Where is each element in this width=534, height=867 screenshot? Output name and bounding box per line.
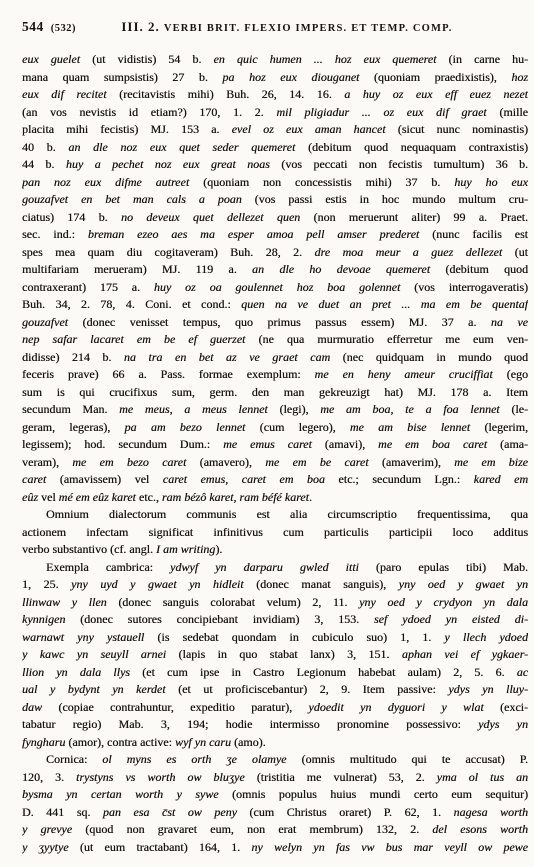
text-run: D. 441 sq. [22, 805, 103, 819]
text-run: (ut [502, 245, 528, 259]
text-line: D. 441 sq. pan esa c̄st ow peny (cum Chr… [22, 804, 528, 822]
text-run: Cornica: [46, 752, 102, 766]
text-run: (paro epulas tibi) Mab. [359, 560, 528, 574]
text-line: llion yn dala llys (et cum ipse in Castr… [22, 664, 528, 682]
text-run: (non meruerunt aliter) 99 a. Praet. [300, 210, 528, 224]
text-line: eux dif recitet (recitavistis mihi) Buh.… [22, 86, 528, 104]
citation-run: y grevye [22, 822, 72, 836]
citation-run: me em boa caret [378, 437, 487, 451]
text-run: (vos passi estis in hoc mundo multum cru… [242, 192, 528, 206]
text-line: 1, 25. yny uyd y gwaet yn hidleit (donec… [22, 576, 528, 594]
citation-run: ram bézô karet, ram béfé karet [162, 490, 309, 504]
paragraph: eux guelet (ut vidistis) 54 b. en quic h… [22, 51, 528, 506]
citation-run: eux guelet [22, 52, 80, 66]
citation-run: kynnigen [22, 612, 65, 626]
text-run: vel [38, 490, 59, 504]
text-run: . [309, 490, 312, 504]
citation-run: dre moa meur a guez dellezet [314, 245, 502, 259]
text-line: sum is qui crucifixus sum, germ. den man… [22, 384, 528, 402]
citation-run: yny uyd y gwaet yn hidleit [71, 577, 244, 591]
page-header: 544(532) III. 2.VERBI BRIT. FLEXIO IMPER… [22, 18, 528, 36]
text-line: feceris prave) 66 a. Pass. formae exempl… [22, 366, 528, 384]
citation-run: ac [517, 665, 528, 679]
text-run: ciatus) 174 b. [22, 210, 121, 224]
citation-run: huy oz oa goulennet hoz boa golennet [154, 280, 400, 294]
text-line: tabatur regio) Mab. 3, 194; hodie interm… [22, 716, 528, 734]
text-run: (ne qua murmuratio efferretur me eum ven… [245, 332, 528, 346]
text-line: y ʒyytye (ut eum tractabant) 164, 1. ny … [22, 839, 528, 857]
text-line: secundum Man. me meus, a meus lennet (le… [22, 401, 528, 419]
page-number-secondary: (532) [51, 23, 76, 34]
text-run: (donec sutores concipiebant invidiam) 3,… [65, 612, 374, 626]
text-run: (in carne hu- [436, 52, 528, 66]
text-line: veram), me em bezo caret (amavero), me e… [22, 454, 528, 472]
text-run: (omnis multitudo qui te accusat) P. [286, 752, 528, 766]
text-run: (donec sanguis colorabat velum) 2, 11. [107, 595, 359, 609]
text-line: Buh. 34, 2. 78, 4. Coni. et cond.: quen … [22, 296, 528, 314]
text-run: (quod non gravaret eum, non erat membrum… [72, 822, 432, 836]
running-title: III. 2.VERBI BRIT. FLEXIO IMPERS. ET TEM… [76, 18, 528, 36]
text-run: (amo). [231, 735, 266, 749]
text-line: fyngharu (amor), contra active: wyf yn c… [22, 734, 528, 752]
text-run: multifariam merueram) MJ. 119 a. [22, 262, 252, 276]
text-run: (copiae contrahuntur, expeditio paratur)… [42, 700, 308, 714]
text-line: llinwaw y llen (donec sanguis colorabat … [22, 594, 528, 612]
text-line: ual y bydynt yn kerdet (et ut proficisce… [22, 681, 528, 699]
citation-run: na ve [491, 315, 528, 329]
text-run: (mille [487, 105, 528, 119]
citation-run: ny welyn yn fas vw bus mar veyll ow pewe [251, 840, 528, 854]
citation-run: mé em eûz karet [59, 490, 136, 504]
text-run: etc.; secundum Lgn.: [325, 472, 474, 486]
text-run: 44 b. [22, 157, 66, 171]
citation-run: kared em [474, 472, 528, 486]
text-line: Cornica: ol myns es orth ʒe olamye (omni… [22, 751, 528, 769]
text-run: verbo substantivo (cf. angl. [22, 542, 156, 556]
citation-run: me em bezo caret [72, 455, 186, 469]
text-line: nep safar lacaret em be ef guerzet (ne q… [22, 331, 528, 349]
text-run: (exci- [484, 700, 528, 714]
citation-run: ydoedit yn dyguori y wlat [308, 700, 483, 714]
text-run: (ut eum tractabant) 164, 1. [69, 840, 252, 854]
text-line: Omnium dialectorum communis est alia cir… [22, 506, 528, 524]
citation-run: nep safar lacaret em be ef guerzet [22, 332, 245, 346]
text-line: ciatus) 174 b. no deveux quet dellezet q… [22, 209, 528, 227]
citation-run: ol myns es orth ʒe olamye [102, 752, 286, 766]
text-run: (recitavistis mihi) Buh. 26, 14. 16. [107, 87, 345, 101]
text-run: (amavissem) vel [46, 472, 163, 486]
citation-run: me am boa, te a foa lennet [320, 402, 499, 416]
text-run: spes mea quam diu cogitaveram) Buh. 28, … [22, 245, 314, 259]
citation-run: gouzafvet en bet man cals a poan [22, 192, 242, 206]
text-line: verbo substantivo (cf. angl. I am writin… [22, 541, 528, 559]
citation-run: gouzafvet [22, 315, 68, 329]
text-run: ). [215, 542, 222, 556]
citation-run: me em bize [454, 455, 528, 469]
text-run: (quoniam praedixistis), [359, 70, 511, 84]
text-line: 120, 3. trystyns vs worth ow bluʒye (tri… [22, 769, 528, 787]
citation-run: fyngharu [22, 735, 65, 749]
citation-run: bysma yn certan worth y sywe [22, 787, 219, 801]
citation-run: me en heny ameur cruciffiat [315, 367, 493, 381]
text-line: Exempla cambrica: ydwyf yn darparu gwled… [22, 559, 528, 577]
text-line: mana quam sumpsistis) 27 b. pa hoz eux d… [22, 69, 528, 87]
text-line: gouzafvet en bet man cals a poan (vos pa… [22, 191, 528, 209]
text-run: (amaverim), [369, 455, 455, 469]
text-run: (donec manat sanguis), [244, 577, 399, 591]
text-line: multifariam merueram) MJ. 119 a. an dle … [22, 261, 528, 279]
citation-run: ydwyf yn darparu gwled itti [170, 560, 359, 574]
text-run: (donec venisset tempus, quo primus passu… [68, 315, 491, 329]
page-number-main: 544 [22, 19, 44, 34]
text-run: (legi), [268, 402, 320, 416]
citation-run: pan noz eux difme autreet [22, 175, 189, 189]
citation-run: huy a pechet noz eux great noas [66, 157, 270, 171]
citation-run: caret [22, 472, 46, 486]
citation-run: me em be caret [265, 455, 368, 469]
citation-run: wyf yn caru [175, 735, 231, 749]
citation-run: eûz [22, 490, 38, 504]
text-line: contraxerant) 175 a. huy oz oa goulennet… [22, 279, 528, 297]
text-line: gouzafvet (donec venisset tempus, quo pr… [22, 314, 528, 332]
paragraph: Exempla cambrica: ydwyf yn darparu gwled… [22, 559, 528, 752]
citation-run: huy ho eux [454, 175, 528, 189]
text-run: placita mihi fecistis) MJ. 153 a. [22, 122, 232, 136]
citation-run: no deveux quet dellezet quen [121, 210, 300, 224]
citation-run: evel oz eux aman hancet [232, 122, 386, 136]
text-run: (tristitia me vulnerat) 53, 2. [245, 770, 437, 784]
text-line: y kawc yn seuyll arnei (lapis in quo sta… [22, 646, 528, 664]
text-run: 40 b. [22, 140, 68, 154]
citation-run: me am bise lennet [350, 420, 470, 434]
text-run: (legerim, [470, 420, 528, 434]
text-run: (et ut proficiscebantur) 2, 9. Item pass… [166, 682, 449, 696]
text-run: contraxerant) 175 a. [22, 280, 154, 294]
text-run: (ego [493, 367, 528, 381]
citation-run: mil pligiadur ... oz eux dif graet [276, 105, 486, 119]
text-line: warnawt yny ystauell (is sedebat quondam… [22, 629, 528, 647]
citation-run: aphan vei ef ygkaer- [402, 647, 528, 661]
running-title-text: VERBI BRIT. FLEXIO IMPERS. ET TEMP. COMP… [164, 23, 453, 34]
text-line: spes mea quam diu cogitaveram) Buh. 28, … [22, 244, 528, 262]
citation-run: a huy oz eux eff euez nezet [344, 87, 528, 101]
text-line: placita mihi fecistis) MJ. 153 a. evel o… [22, 121, 528, 139]
book-page: 544(532) III. 2.VERBI BRIT. FLEXIO IMPER… [0, 0, 534, 856]
citation-run: en quic humen ... hoz eux quemeret [213, 52, 436, 66]
text-run: (vos interrogaveratis) [400, 280, 528, 294]
citation-run: an dle noz eux quet seder quemeret [68, 140, 295, 154]
text-run: (omnis populus huius mundi certo eum seq… [219, 787, 528, 801]
text-run: (sicut nunc nominastis) [386, 122, 528, 136]
citation-run: ual y bydynt yn kerdet [22, 682, 166, 696]
citation-run: an dle ho devoae quemeret [252, 262, 430, 276]
text-run: (et cum ipse in Castro Legionum habebat … [130, 665, 517, 679]
page-body: eux guelet (ut vidistis) 54 b. en quic h… [22, 51, 528, 856]
citation-run: yma ol tus an [437, 770, 528, 784]
citation-run: ydys yn [478, 717, 528, 731]
text-line: didisse) 214 b. na tra en bet az ve grae… [22, 349, 528, 367]
text-run: legissem); hod. secundum Dum.: [22, 437, 223, 451]
text-run: Omnium dialectorum communis est alia cir… [46, 507, 528, 521]
citation-run: pan esa c̄st ow peny [103, 805, 237, 819]
text-line: 44 b. huy a pechet noz eux great noas (v… [22, 156, 528, 174]
citation-run: yny oed y gwaet yn [399, 577, 528, 591]
text-run: sum is qui crucifixus sum, germ. den man… [22, 385, 528, 399]
chapter-number: III. 2. [121, 19, 159, 34]
citation-run: yny oed y crydyon yn dala [359, 595, 528, 609]
text-run: (lapis in quo stabat lanx) 3, 151. [166, 647, 402, 661]
citation-run: trystyns vs worth ow bluʒye [76, 770, 245, 784]
text-run: secundum Man. [22, 402, 119, 416]
citation-run: eux dif recitet [22, 87, 107, 101]
text-run: (cum legero), [245, 420, 350, 434]
page-number: 544(532) [22, 19, 76, 35]
citation-run: del esons worth [432, 822, 528, 836]
citation-run: breman ezeo aes ma esper amoa pell amser… [88, 227, 419, 241]
text-run: (nec quidquam in mundo quod [330, 350, 528, 364]
text-line: 40 b. an dle noz eux quet seder quemeret… [22, 139, 528, 157]
text-run: Exempla cambrica: [46, 560, 170, 574]
text-run: 120, 3. [22, 770, 76, 784]
citation-run: quen na ve duet an pret ... ma em be que… [241, 297, 528, 311]
text-line: legissem); hod. secundum Dum.: me emus c… [22, 436, 528, 454]
citation-run: daw [22, 700, 42, 714]
citation-run: I am writing [156, 542, 215, 556]
text-run: (le- [500, 402, 528, 416]
citation-run: y ʒyytye [22, 840, 69, 854]
citation-run: na tra en bet az ve graet cam [124, 350, 330, 364]
text-line: (an vos nevistis id etiam?) 170, 1. 2. m… [22, 104, 528, 122]
citation-run: y llech ydoed [444, 630, 528, 644]
citation-run: me meus, a meus lennet [119, 402, 268, 416]
text-line: kynnigen (donec sutores concipiebant inv… [22, 611, 528, 629]
text-run: etc., [136, 490, 162, 504]
text-run: (an vos nevistis id etiam?) 170, 1. 2. [22, 105, 276, 119]
text-run: (debitum quod nequaquam contraxistis) [295, 140, 528, 154]
text-run: actionem infectam significat infinitivus… [22, 525, 528, 539]
text-run: tabatur regio) Mab. 3, 194; hodie interm… [22, 717, 478, 731]
citation-run: ydys yn lluy- [448, 682, 528, 696]
text-run: (vos peccati non fecistis tumultum) 36 b… [270, 157, 528, 171]
paragraph: Cornica: ol myns es orth ʒe olamye (omni… [22, 751, 528, 856]
text-run: feceris prave) 66 a. Pass. formae exempl… [22, 367, 315, 381]
text-line: pan noz eux difme autreet (quoniam non c… [22, 174, 528, 192]
text-line: caret (amavissem) vel caret emus, caret … [22, 471, 528, 489]
citation-run: llinwaw y llen [22, 595, 107, 609]
citation-run: caret emus, caret em boa [163, 472, 325, 486]
citation-run: hoz [511, 70, 528, 84]
citation-run: sef ydoed yn eisted di- [374, 612, 528, 626]
text-run: (ama- [487, 437, 528, 451]
citation-run: me emus caret [223, 437, 312, 451]
citation-run: pa am bezo lennet [125, 420, 246, 434]
citation-run: y kawc yn seuyll arnei [22, 647, 166, 661]
text-line: actionem infectam significat infinitivus… [22, 524, 528, 542]
text-run: sec. ind.: [22, 227, 88, 241]
text-run: geram, legeras), [22, 420, 125, 434]
text-run: (nunc facilis est [419, 227, 528, 241]
text-run: (amor), contra active: [65, 735, 175, 749]
text-line: y grevye (quod non gravaret eum, non era… [22, 821, 528, 839]
text-run: veram), [22, 455, 72, 469]
text-line: geram, legeras), pa am bezo lennet (cum … [22, 419, 528, 437]
text-run: 1, 25. [22, 577, 71, 591]
text-line: bysma yn certan worth y sywe (omnis popu… [22, 786, 528, 804]
citation-run: warnawt yny ystauell [22, 630, 144, 644]
text-run: (ut vidistis) 54 b. [80, 52, 213, 66]
text-run: (is sedebat quondam in cubiculo suo) 1, … [144, 630, 444, 644]
text-run: (amavi), [312, 437, 378, 451]
paragraph: Omnium dialectorum communis est alia cir… [22, 506, 528, 559]
text-run: (cum Christus oraret) P. 62, 1. [237, 805, 454, 819]
citation-run: nagesa worth [453, 805, 528, 819]
text-run: mana quam sumpsistis) 27 b. [22, 70, 222, 84]
text-run: (quoniam non concessistis mihi) 37 b. [189, 175, 454, 189]
text-line: sec. ind.: breman ezeo aes ma esper amoa… [22, 226, 528, 244]
text-run: Buh. 34, 2. 78, 4. Coni. et cond.: [22, 297, 241, 311]
text-line: eux guelet (ut vidistis) 54 b. en quic h… [22, 51, 528, 69]
text-run: didisse) 214 b. [22, 350, 124, 364]
text-line: eûz vel mé em eûz karet etc., ram bézô k… [22, 489, 528, 507]
text-run: (debitum quod [430, 262, 528, 276]
text-run: (amavero), [186, 455, 265, 469]
citation-run: llion yn dala llys [22, 665, 130, 679]
citation-run: pa hoz eux diouganet [222, 70, 359, 84]
text-line: daw (copiae contrahuntur, expeditio para… [22, 699, 528, 717]
